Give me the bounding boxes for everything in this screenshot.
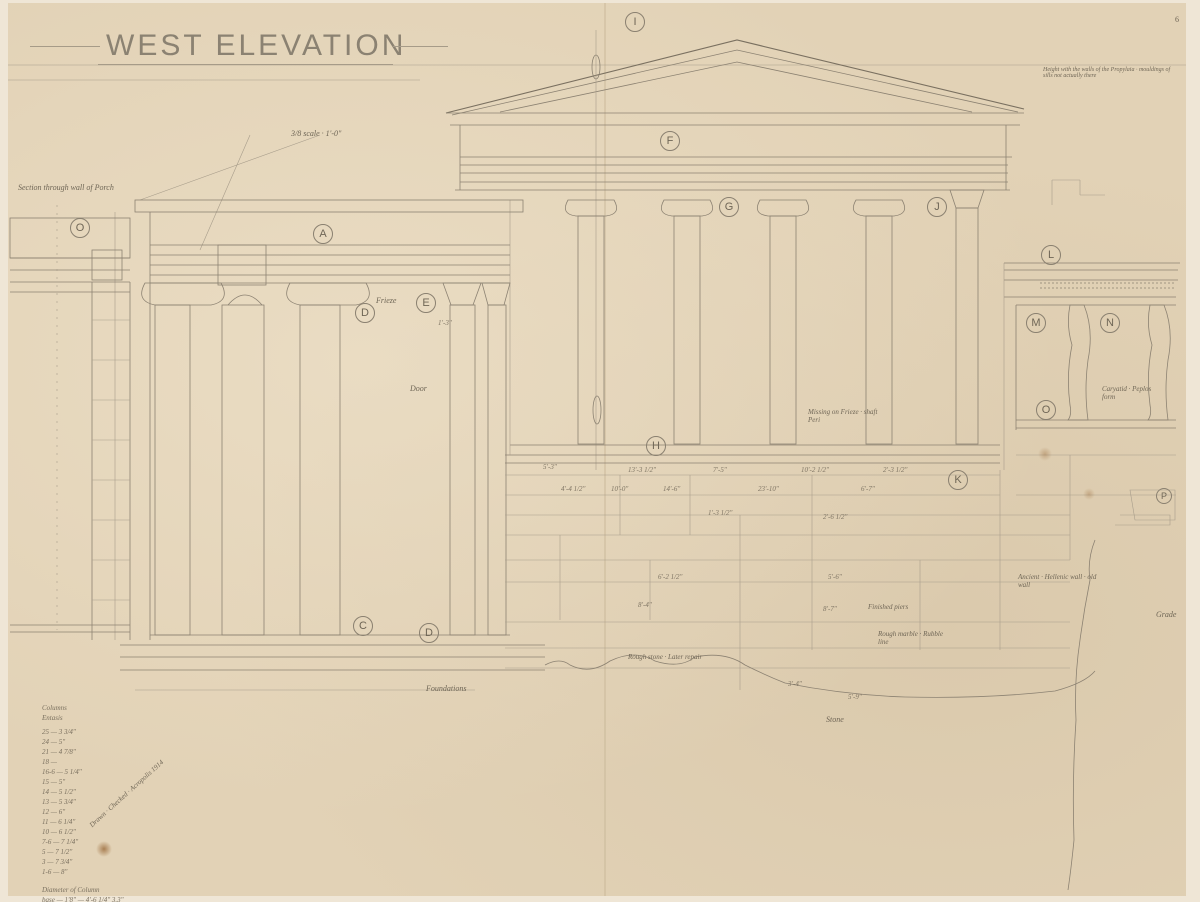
central-colonnade — [455, 190, 1010, 463]
rough-stone-note: Rough stone · Later repair — [628, 653, 708, 661]
marker-n: N — [1100, 313, 1120, 333]
foundation-blocks — [505, 455, 1070, 690]
marker-j: J — [927, 197, 947, 217]
marker-a: A — [313, 224, 333, 244]
table-row: 10 — 6 1/2" — [42, 827, 124, 837]
sheet-number: 6 — [1175, 15, 1179, 24]
table-row: 24 — 5" — [42, 737, 124, 747]
dimension: 6'-7" — [861, 485, 875, 493]
dimension: 2'-3 1/2" — [883, 466, 907, 474]
caryatid-porch — [1004, 263, 1180, 495]
water-stain — [1038, 447, 1052, 461]
drawing-sheet: WEST ELEVATION 6 3/8 scale · 1'-0" Secti… — [8, 3, 1186, 896]
dimension: 2'-6 1/2" — [823, 513, 847, 521]
water-stain — [1083, 488, 1095, 500]
marker-i: I — [625, 12, 645, 32]
top-right-note: Height with the walls of the Propylaia ·… — [1043, 67, 1178, 79]
section-label: Section through wall of Porch — [18, 183, 128, 192]
dimension: 14'-6" — [663, 485, 680, 493]
table-row: 11 — 6 1/4" — [42, 817, 124, 827]
table-row: 1-6 — 8" — [42, 867, 124, 877]
dimension: 5'-6" — [828, 573, 842, 581]
pediment — [446, 30, 1024, 470]
title-underline — [98, 64, 393, 65]
title-rule-left — [30, 46, 100, 47]
dimension: 10'-2 1/2" — [801, 466, 829, 474]
marker-p: P — [1156, 488, 1172, 504]
table-row: 25 — 3 3/4" — [42, 727, 124, 737]
dimension: 13'-3 1/2" — [628, 466, 656, 474]
dimension: 1'-3" — [438, 319, 452, 327]
marker-d-upper: D — [355, 303, 375, 323]
dimension: 23'-10" — [758, 485, 779, 493]
marker-o-left: O — [70, 218, 90, 238]
marker-d-lower: D — [419, 623, 439, 643]
dimension: 1'-3 1/2" — [708, 509, 732, 517]
scale-note: 3/8 scale · 1'-0" — [291, 129, 341, 138]
table-row: 16-6 — 5 1/4" — [42, 767, 124, 777]
marker-g: G — [719, 197, 739, 217]
table-row: 3 — 7 3/4" — [42, 857, 124, 867]
wall-section — [10, 205, 130, 640]
dimension: 3'-4" — [788, 680, 802, 688]
grade-note: Grade — [1156, 610, 1176, 619]
table-row: 18 — — [42, 757, 124, 767]
door-note: Door — [410, 384, 427, 393]
finished-piers-note: Finished piers — [868, 603, 908, 611]
table-subheading: Entasis — [42, 713, 124, 723]
dimension: 8'-7" — [823, 605, 837, 613]
table-row: 15 — 5" — [42, 777, 124, 787]
dimension: 8'-4" — [638, 601, 652, 609]
marker-o-right: O — [1036, 400, 1056, 420]
dimension: 4'-4 1/2" — [561, 485, 585, 493]
marker-e: E — [416, 293, 436, 313]
marker-l: L — [1041, 245, 1061, 265]
table-row: 21 — 4 7/8" — [42, 747, 124, 757]
table-heading: Columns — [42, 703, 124, 713]
dimension: 7'-5" — [713, 466, 727, 474]
table-footer: Diameter of Column — [42, 885, 124, 895]
north-porch — [115, 200, 545, 690]
missing-note: Missing on Frieze · shaft Peri — [808, 408, 888, 424]
marker-k: K — [948, 470, 968, 490]
table-footer: base — 1'8" — 4'-6 1/4" 3.3" — [42, 895, 124, 902]
elevation-drawing — [8, 3, 1186, 896]
dimension: 5'-3" — [543, 463, 557, 471]
title-rule-right — [393, 46, 448, 47]
dimension: 5'-9" — [848, 693, 862, 701]
foundations-note: Foundations — [426, 684, 466, 693]
caryatid-note: Caryatid · Peplos form — [1102, 385, 1162, 401]
drawing-title: WEST ELEVATION — [106, 29, 406, 63]
marker-h: H — [646, 436, 666, 456]
dimension: 10'-0" — [611, 485, 628, 493]
table-row: 14 — 5 1/2" — [42, 787, 124, 797]
dimension: 6'-2 1/2" — [658, 573, 682, 581]
ancient-wall-note: Ancient · Hellenic wall · old wall — [1018, 573, 1108, 589]
ink-stain — [96, 841, 112, 857]
marker-c: C — [353, 616, 373, 636]
rough-marble-note: Rough marble · Rubble line — [878, 630, 948, 646]
footnote: Stone — [826, 715, 844, 724]
marker-m: M — [1026, 313, 1046, 333]
marker-f: F — [660, 131, 680, 151]
frieze-note: Frieze — [376, 296, 396, 305]
